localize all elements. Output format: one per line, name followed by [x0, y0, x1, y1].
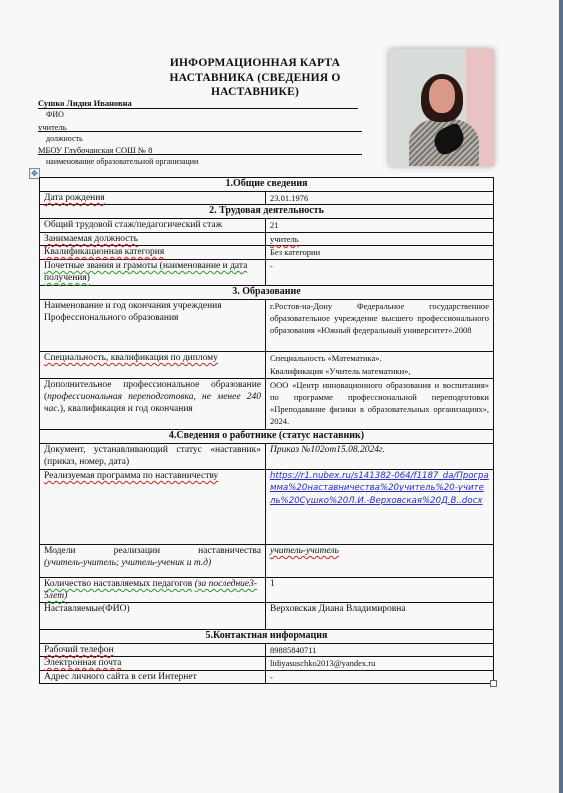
section-header-row: 4.Сведения о работнике (статус наставник…	[40, 430, 494, 444]
specialty-value: Специальность «Математика». Квалификация…	[266, 352, 494, 379]
table-row: Общий трудовой стаж/педагогический стаж …	[40, 219, 494, 233]
table-resize-handle[interactable]	[490, 680, 497, 687]
experience-label: Общий трудовой стаж/педагогический стаж	[40, 219, 266, 233]
table-row: Дата рождения 23.01.1976	[40, 192, 494, 205]
full-name-label: ФИО	[46, 110, 64, 119]
program-value: https://r1.nubex.ru/s141382-064/f1187_da…	[266, 470, 494, 545]
position-underline	[38, 131, 362, 132]
honors-label: Почетные звания и грамоты (наименование …	[40, 260, 266, 286]
additional-education-label: Дополнительное профессиональное образова…	[40, 379, 266, 430]
table-row: Специальность, квалификация по диплому С…	[40, 352, 494, 379]
institution-label: Наименование и год окончания учреждения …	[40, 300, 266, 352]
status-document-label: Документ, устанавливающий статус «настав…	[40, 444, 266, 470]
table-row: Дополнительное профессиональное образова…	[40, 379, 494, 430]
current-position-label: Занимаемая должность	[40, 233, 266, 246]
section-2-title: 2. Трудовая деятельность	[40, 205, 494, 219]
title-line-2: НАСТАВНИКА (СВЕДЕНИЯ О	[150, 71, 360, 86]
specialty-line: Специальность «Математика».	[270, 352, 489, 365]
website-value: -	[266, 671, 494, 684]
section-header-row: 3. Образование	[40, 286, 494, 300]
table-row: Занимаемая должность учитель	[40, 233, 494, 246]
email-value: lidiyasuschko2013@yandex.ru	[266, 657, 494, 671]
category-label: Квалификационная категория	[40, 246, 266, 260]
birth-date-label: Дата рождения	[40, 192, 266, 205]
section-1-title: 1.Общие сведения	[40, 178, 494, 192]
section-5-title: 5.Контактная информация	[40, 630, 494, 644]
full-name-underline	[38, 108, 358, 109]
organization-label: наименование образовательной организации	[46, 157, 198, 166]
institution-value: г.Ростов-на-Дону Федеральное государстве…	[266, 300, 494, 352]
table-row: Количество наставляемых педагогов (за по…	[40, 578, 494, 603]
website-label: Адрес личного сайта в сети Интернет	[40, 671, 266, 684]
table-row: Почетные звания и грамоты (наименование …	[40, 260, 494, 286]
qualification-line: Квалификация «Учитель математики»,	[270, 365, 489, 378]
table-row: Реализуемая программа по наставничеству …	[40, 470, 494, 545]
mentees-label: Наставляемые(ФИО)	[40, 603, 266, 630]
table-row: Документ, устанавливающий статус «настав…	[40, 444, 494, 470]
table-row: Рабочий телефон 89885840711	[40, 644, 494, 657]
mentor-photo	[389, 49, 494, 166]
phone-label: Рабочий телефон	[40, 644, 266, 657]
mentor-info-table: 1.Общие сведения Дата рождения 23.01.197…	[39, 177, 494, 684]
table-row: Наименование и год окончания учреждения …	[40, 300, 494, 352]
table-row: Квалификационная категория Без категории	[40, 246, 494, 260]
table-row: Наставляемые(ФИО) Верховская Диана Влади…	[40, 603, 494, 630]
email-label: Электронная почта	[40, 657, 266, 671]
organization-underline	[38, 154, 362, 155]
honors-value: -	[266, 260, 494, 286]
section-4-title: 4.Сведения о работнике (статус наставник…	[40, 430, 494, 444]
experience-value: 21	[266, 219, 494, 233]
additional-education-value: ООО «Центр инновационного образования и …	[266, 379, 494, 430]
window-edge-scrollbar	[559, 0, 563, 793]
mentees-value: Верховская Диана Владимировна	[266, 603, 494, 630]
document-page: ИНФОРМАЦИОННАЯ КАРТА НАСТАВНИКА (СВЕДЕНИ…	[0, 0, 558, 793]
current-position-value: учитель	[266, 233, 494, 246]
position-label: должность	[46, 134, 83, 143]
mentor-full-name: Сушко Лидия Ивановна	[38, 98, 132, 108]
section-header-row: 1.Общие сведения	[40, 178, 494, 192]
mentee-count-label: Количество наставляемых педагогов (за по…	[40, 578, 266, 603]
title-line-3: НАСТАВНИКЕ)	[150, 85, 360, 100]
title-line-1: ИНФОРМАЦИОННАЯ КАРТА	[150, 56, 360, 71]
section-header-row: 2. Трудовая деятельность	[40, 205, 494, 219]
table-row: Адрес личного сайта в сети Интернет -	[40, 671, 494, 684]
section-3-title: 3. Образование	[40, 286, 494, 300]
section-header-row: 5.Контактная информация	[40, 630, 494, 644]
table-row: Модели реализации наставничества(учитель…	[40, 545, 494, 578]
birth-date-value: 23.01.1976	[266, 192, 494, 205]
category-value: Без категории	[266, 246, 494, 260]
phone-value: 89885840711	[266, 644, 494, 657]
models-label: Модели реализации наставничества(учитель…	[40, 545, 266, 578]
document-title: ИНФОРМАЦИОННАЯ КАРТА НАСТАВНИКА (СВЕДЕНИ…	[150, 56, 360, 100]
table-row: Электронная почта lidiyasuschko2013@yand…	[40, 657, 494, 671]
mentee-count-value: 1	[266, 578, 494, 603]
models-value: учитель-учитель	[266, 545, 494, 578]
program-label: Реализуемая программа по наставничеству	[40, 470, 266, 545]
status-document-value: Приказ №102от15.08.2024г.	[266, 444, 494, 470]
specialty-label: Специальность, квалификация по диплому	[40, 352, 266, 379]
program-link[interactable]: https://r1.nubex.ru/s141382-064/f1187_da…	[270, 471, 489, 506]
